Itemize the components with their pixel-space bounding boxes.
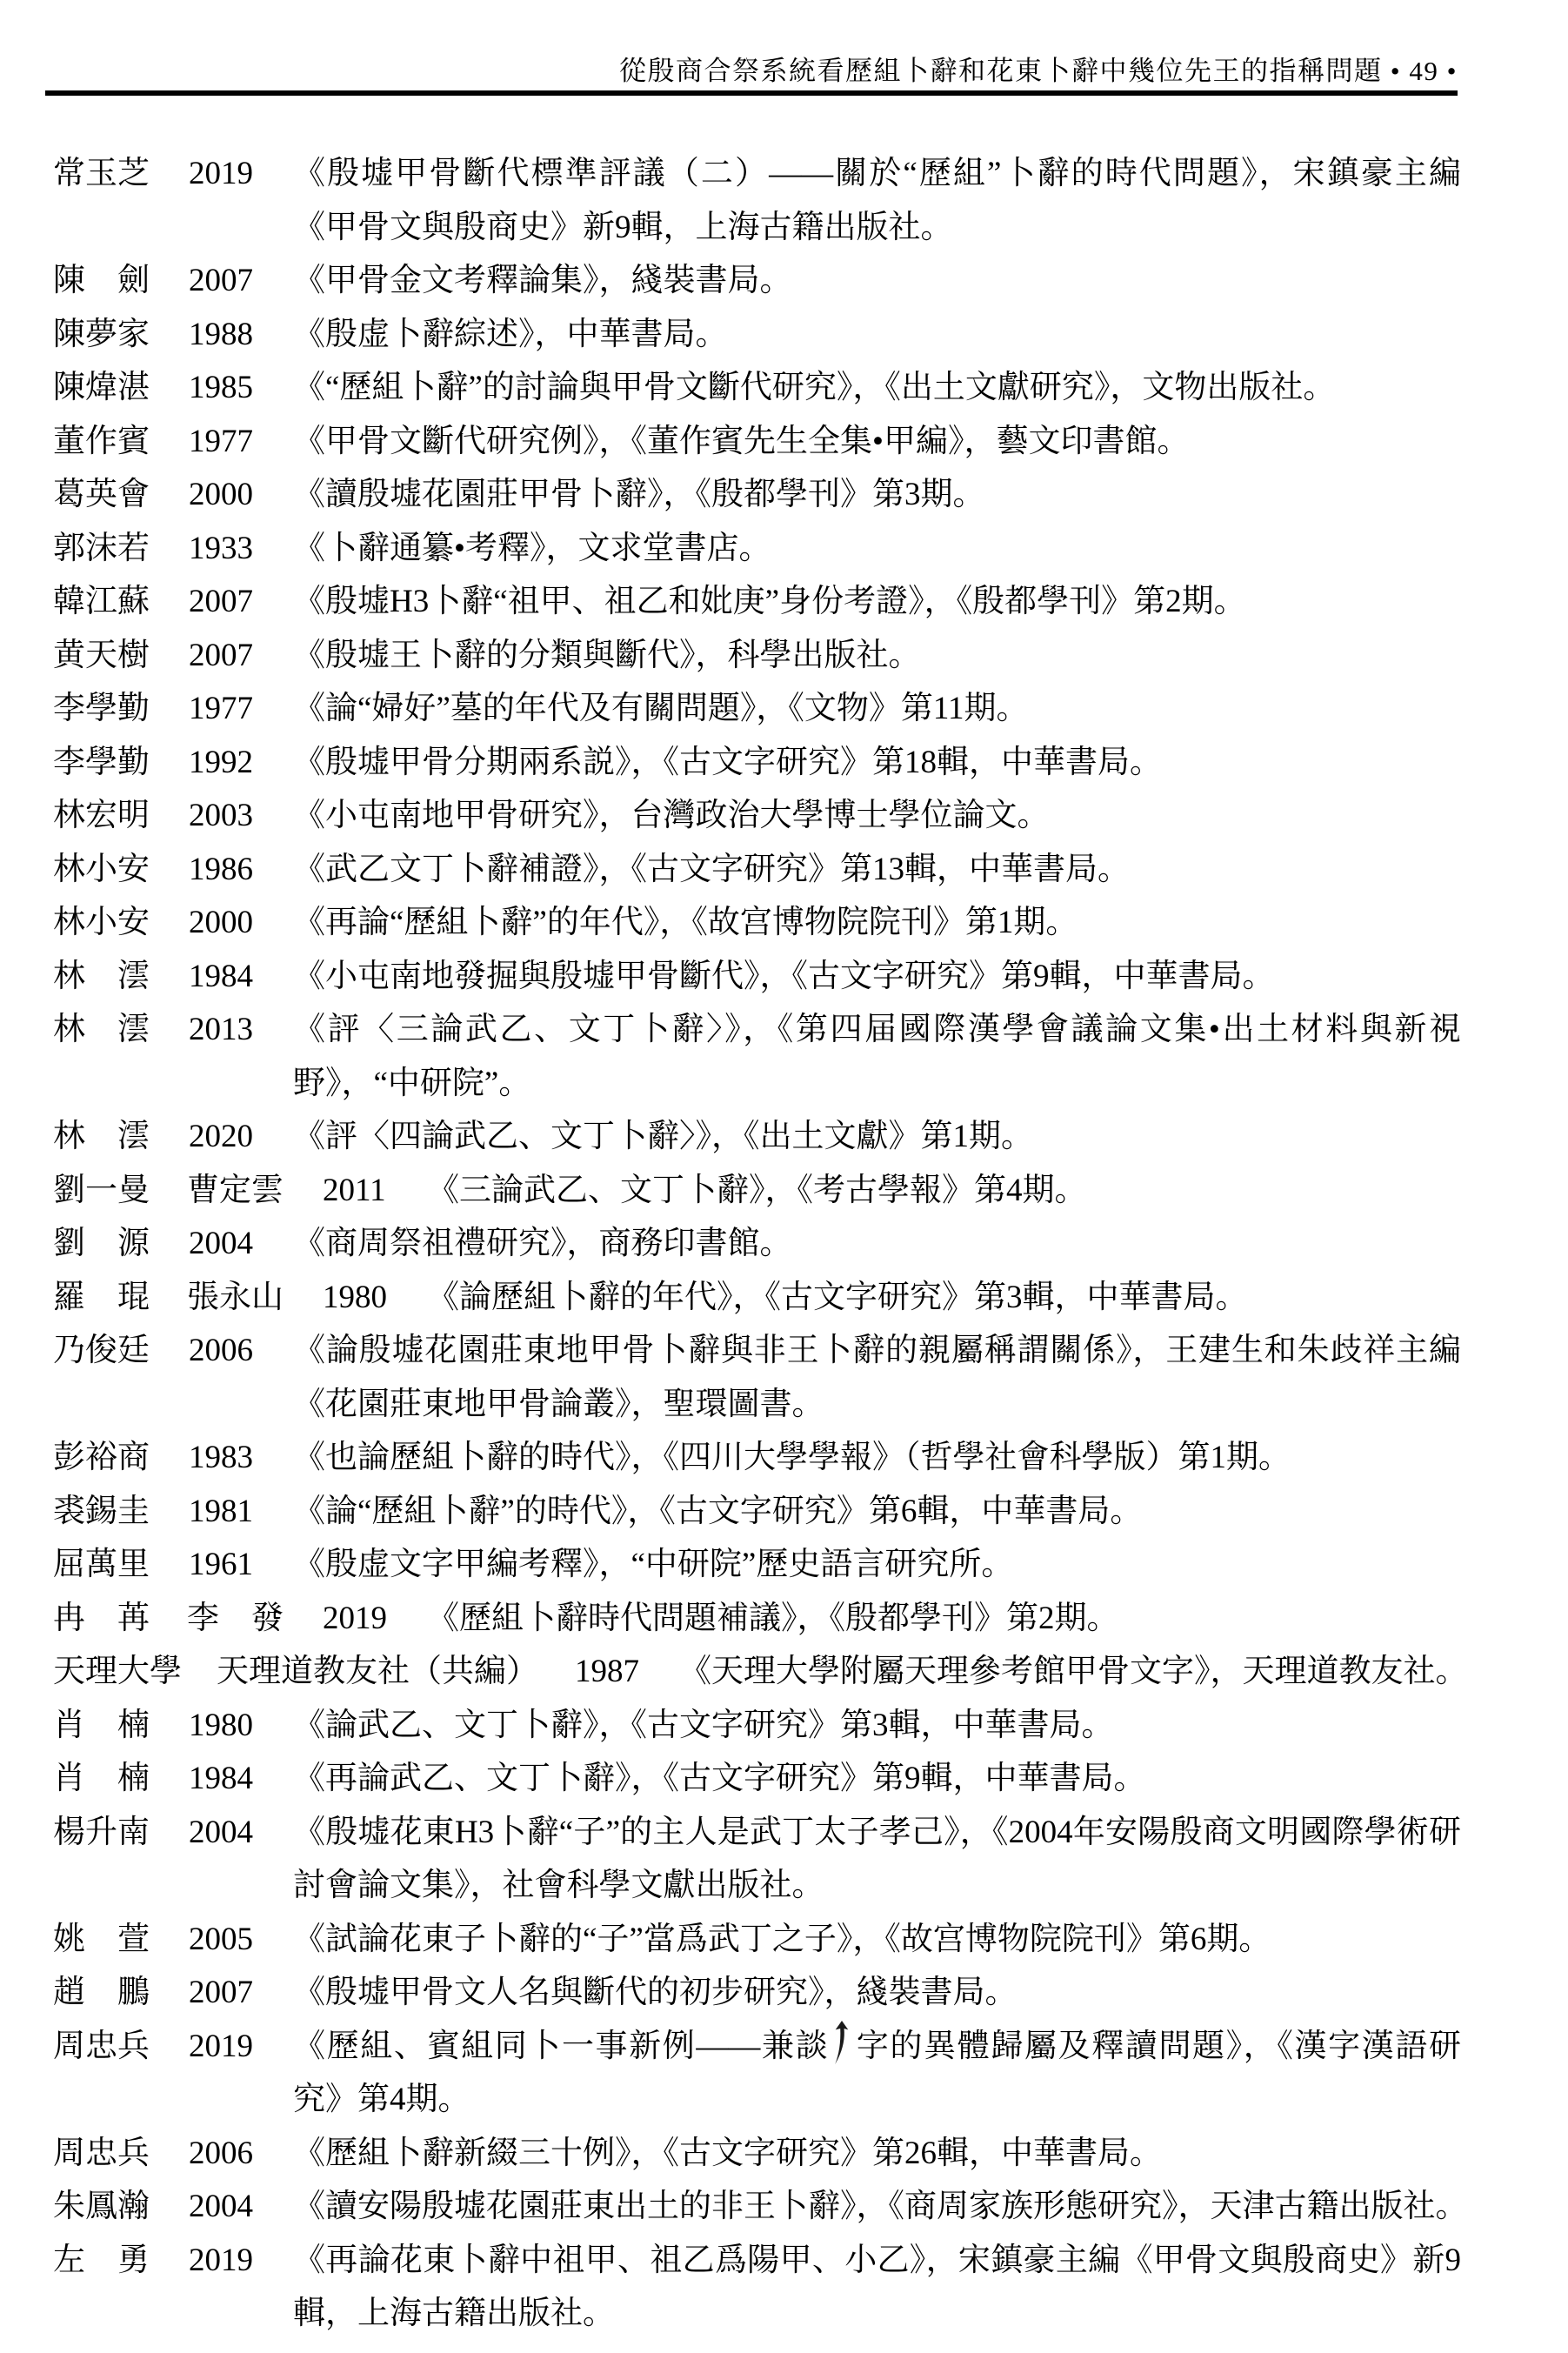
publication-year: 2019 bbox=[189, 2234, 255, 2288]
author-names: 朱鳳瀚 bbox=[53, 2180, 152, 2234]
reference-text: 《甲骨文斷代研究例》，《董作賓先生全集•甲編》，藝文印書館。 bbox=[293, 415, 1461, 469]
reference-entry: 劉 源2004《商周祭祖禮研究》，商務印書館。 bbox=[53, 1217, 1461, 1271]
reference-text: 《論歷組卜辭的年代》，《古文字研究》第3輯，中華書局。 bbox=[427, 1271, 1461, 1325]
author-names: 周忠兵 bbox=[53, 2127, 152, 2181]
reference-entry: 左 勇2019《再論花東卜辭中祖甲、祖乙爲陽甲、小乙》，宋鎮豪主編《甲骨文與殷商… bbox=[53, 2234, 1461, 2341]
publication-year: 1977 bbox=[189, 415, 255, 469]
reference-text: 《試論花東子卜辭的“子”當爲武丁之子》，《故宫博物院院刊》第6期。 bbox=[293, 1913, 1461, 1967]
reference-text: 《殷虚文字甲編考釋》，“中研院”歷史語言研究所。 bbox=[293, 1538, 1461, 1592]
reference-entry: 朱鳳瀚2004《讀安陽殷墟花園莊東出土的非王卜辭》，《商周家族形態研究》，天津古… bbox=[53, 2180, 1461, 2234]
author-name: 楊升南 bbox=[53, 1806, 152, 1860]
author-name: 肖 楠 bbox=[53, 1752, 152, 1806]
author-names: 常玉芝 bbox=[53, 147, 152, 201]
reference-text: 《論殷墟花園莊東地甲骨卜辭與非王卜辭的親屬稱謂關係》，王建生和朱歧祥主編《花園莊… bbox=[293, 1324, 1461, 1431]
reference-entry: 陳 劍2007《甲骨金文考釋論集》，綫裝書局。 bbox=[53, 254, 1461, 308]
publication-year: 2006 bbox=[189, 1324, 255, 1378]
reference-entry: 楊升南2004《殷墟花東H3卜辭“子”的主人是武丁太子孝己》，《2004年安陽殷… bbox=[53, 1806, 1461, 1913]
author-name: 劉 源 bbox=[53, 1217, 152, 1271]
publication-year: 2004 bbox=[189, 1217, 255, 1271]
author-names: 林宏明 bbox=[53, 789, 152, 843]
publication-year: 2013 bbox=[189, 1003, 255, 1057]
author-name: 裘錫圭 bbox=[53, 1485, 152, 1539]
bibliography-page: 從殷商合祭系統看歷組卜辭和花東卜辭中幾位先王的指稱問題 • 49 • 常玉芝20… bbox=[0, 0, 1568, 2353]
publication-year: 1985 bbox=[189, 361, 255, 415]
author-names: 屈萬里 bbox=[53, 1538, 152, 1592]
reference-text-before-glyph: 《歷組、賓組同卜一事新例——兼談 bbox=[293, 2029, 829, 2064]
author-names: 肖 楠 bbox=[53, 1752, 152, 1806]
author-name: 肖 楠 bbox=[53, 1699, 152, 1753]
publication-year: 1980 bbox=[323, 1271, 389, 1325]
author-name: 葛英會 bbox=[53, 468, 152, 522]
publication-year: 1983 bbox=[189, 1431, 255, 1485]
reference-entry: 劉一曼曹定雲2011《三論武乙、文丁卜辭》，《考古學報》第4期。 bbox=[53, 1164, 1461, 1218]
reference-text: 《殷墟王卜辭的分類與斷代》，科學出版社。 bbox=[293, 629, 1461, 683]
publication-year: 1981 bbox=[189, 1485, 255, 1539]
author-names: 肖 楠 bbox=[53, 1699, 152, 1753]
author-name: 陳夢家 bbox=[53, 308, 152, 362]
reference-entry: 周忠兵2006《歷組卜辭新綴三十例》，《古文字研究》第26輯，中華書局。 bbox=[53, 2127, 1461, 2181]
author-names: 冉 苒李 發 bbox=[53, 1592, 286, 1646]
author-name: 李學勤 bbox=[53, 736, 152, 790]
author-name: 韓江蘇 bbox=[53, 575, 152, 629]
reference-text: 《小屯南地發掘與殷墟甲骨斷代》，《古文字研究》第9輯，中華書局。 bbox=[293, 950, 1461, 1004]
reference-text: 《甲骨金文考釋論集》，綫裝書局。 bbox=[293, 254, 1461, 308]
reference-text: 《再論花東卜辭中祖甲、祖乙爲陽甲、小乙》，宋鎮豪主編《甲骨文與殷商史》新9輯，上… bbox=[293, 2234, 1461, 2341]
reference-entry: 林小安2000《再論“歷組卜辭”的年代》，《故宫博物院院刊》第1期。 bbox=[53, 896, 1461, 950]
reference-text: 《殷墟甲骨斷代標準評議（二）——關於“歷組”卜辭的時代問題》，宋鎮豪主編《甲骨文… bbox=[293, 147, 1461, 254]
reference-entry: 肖 楠1980《論武乙、文丁卜辭》，《古文字研究》第3輯，中華書局。 bbox=[53, 1699, 1461, 1753]
author-names: 劉一曼曹定雲 bbox=[53, 1164, 286, 1218]
author-names: 姚 萱 bbox=[53, 1913, 152, 1967]
author-names: 左 勇 bbox=[53, 2234, 152, 2288]
author-names: 乃俊廷 bbox=[53, 1324, 152, 1378]
publication-year: 2020 bbox=[189, 1110, 255, 1164]
reference-text: 《也論歷組卜辭的時代》，《四川大學學報》（哲學社會科學版）第1期。 bbox=[293, 1431, 1461, 1485]
reference-list: 常玉芝2019《殷墟甲骨斷代標準評議（二）——關於“歷組”卜辭的時代問題》，宋鎮… bbox=[53, 147, 1461, 2341]
author-names: 林小安 bbox=[53, 896, 152, 950]
author-names: 周忠兵 bbox=[53, 2020, 152, 2074]
author-name: 陳煒湛 bbox=[53, 361, 152, 415]
reference-entry: 李學勤1992《殷墟甲骨分期兩系説》，《古文字研究》第18輯，中華書局。 bbox=[53, 736, 1461, 790]
reference-entry: 郭沫若1933《卜辭通纂•考釋》，文求堂書店。 bbox=[53, 522, 1461, 576]
author-name: 林 澐 bbox=[53, 1003, 152, 1057]
reference-entry: 羅 琨張永山1980《論歷組卜辭的年代》，《古文字研究》第3輯，中華書局。 bbox=[53, 1271, 1461, 1325]
publication-year: 2007 bbox=[189, 1966, 255, 2020]
reference-entry: 陳夢家1988《殷虚卜辭綜述》，中華書局。 bbox=[53, 308, 1461, 362]
author-names: 陳 劍 bbox=[53, 254, 152, 308]
author-name: 林小安 bbox=[53, 843, 152, 897]
publication-year: 2000 bbox=[189, 896, 255, 950]
reference-text: 《卜辭通纂•考釋》，文求堂書店。 bbox=[293, 522, 1461, 576]
reference-text: 《歷組、賓組同卜一事新例——兼談字的異體歸屬及釋讀問題》，《漢字漢語研究》第4期… bbox=[293, 2020, 1461, 2127]
author-name: 林 澐 bbox=[53, 950, 152, 1004]
publication-year: 1984 bbox=[189, 950, 255, 1004]
author-names: 羅 琨張永山 bbox=[53, 1271, 286, 1325]
author-names: 林 澐 bbox=[53, 1003, 152, 1057]
publication-year: 1980 bbox=[189, 1699, 255, 1753]
reference-text: 《歷組卜辭新綴三十例》，《古文字研究》第26輯，中華書局。 bbox=[293, 2127, 1461, 2181]
publication-year: 1992 bbox=[189, 736, 255, 790]
author-names: 董作賓 bbox=[53, 415, 152, 469]
author-name: 陳 劍 bbox=[53, 254, 152, 308]
author-name: 周忠兵 bbox=[53, 2020, 152, 2074]
reference-text: 《評〈三論武乙、文丁卜辭〉》，《第四届國際漢學會議論文集•出土材料與新視野》，“… bbox=[293, 1003, 1461, 1110]
reference-entry: 董作賓1977《甲骨文斷代研究例》，《董作賓先生全集•甲編》，藝文印書館。 bbox=[53, 415, 1461, 469]
author-names: 楊升南 bbox=[53, 1806, 152, 1860]
publication-year: 2004 bbox=[189, 1806, 255, 1860]
reference-text: 《三論武乙、文丁卜辭》，《考古學報》第4期。 bbox=[427, 1164, 1461, 1218]
publication-year: 2000 bbox=[189, 468, 255, 522]
publication-year: 1933 bbox=[189, 522, 255, 576]
reference-entry: 天理大學天理道教友社（共編）1987《天理大學附屬天理參考館甲骨文字》，天理道教… bbox=[53, 1645, 1461, 1699]
reference-text: 《“歷組卜辭”的討論與甲骨文斷代研究》，《出土文獻研究》，文物出版社。 bbox=[293, 361, 1461, 415]
reference-entry: 李學勤1977《論“婦好”墓的年代及有關問題》，《文物》第11期。 bbox=[53, 682, 1461, 736]
author-name: 李 發 bbox=[187, 1592, 286, 1646]
reference-entry: 冉 苒李 發2019《歷組卜辭時代問題補議》，《殷都學刊》第2期。 bbox=[53, 1592, 1461, 1646]
publication-year: 2007 bbox=[189, 254, 255, 308]
reference-text: 《殷虚卜辭綜述》，中華書局。 bbox=[293, 308, 1461, 362]
reference-entry: 韓江蘇2007《殷墟H3卜辭“祖甲、祖乙和妣庚”身份考證》，《殷都學刊》第2期。 bbox=[53, 575, 1461, 629]
reference-text: 《武乙文丁卜辭補證》，《古文字研究》第13輯，中華書局。 bbox=[293, 843, 1461, 897]
reference-text: 《讀殷墟花園莊甲骨卜辭》，《殷都學刊》第3期。 bbox=[293, 468, 1461, 522]
author-name: 林宏明 bbox=[53, 789, 152, 843]
author-name: 姚 萱 bbox=[53, 1913, 152, 1967]
publication-year: 1961 bbox=[189, 1538, 255, 1592]
author-name: 乃俊廷 bbox=[53, 1324, 152, 1378]
reference-text: 《讀安陽殷墟花園莊東出土的非王卜辭》，《商周家族形態研究》，天津古籍出版社。 bbox=[293, 2180, 1468, 2234]
reference-entry: 黄天樹2007《殷墟王卜辭的分類與斷代》，科學出版社。 bbox=[53, 629, 1461, 683]
author-name: 李學勤 bbox=[53, 682, 152, 736]
reference-entry: 林宏明2003《小屯南地甲骨研究》，台灣政治大學博士學位論文。 bbox=[53, 789, 1461, 843]
reference-entry: 彭裕商1983《也論歷組卜辭的時代》，《四川大學學報》（哲學社會科學版）第1期。 bbox=[53, 1431, 1461, 1485]
author-names: 林 澐 bbox=[53, 950, 152, 1004]
reference-text: 《殷墟甲骨文人名與斷代的初步研究》，綫裝書局。 bbox=[293, 1966, 1461, 2020]
reference-text: 《小屯南地甲骨研究》，台灣政治大學博士學位論文。 bbox=[293, 789, 1461, 843]
publication-year: 1986 bbox=[189, 843, 255, 897]
reference-entry: 肖 楠1984《再論武乙、文丁卜辭》，《古文字研究》第9輯，中華書局。 bbox=[53, 1752, 1461, 1806]
author-names: 林小安 bbox=[53, 843, 152, 897]
author-name: 趙 鵬 bbox=[53, 1966, 152, 2020]
reference-text: 《殷墟H3卜辭“祖甲、祖乙和妣庚”身份考證》，《殷都學刊》第2期。 bbox=[293, 575, 1461, 629]
author-name: 曹定雲 bbox=[187, 1164, 286, 1218]
reference-entry: 林 澐1984《小屯南地發掘與殷墟甲骨斷代》，《古文字研究》第9輯，中華書局。 bbox=[53, 950, 1461, 1004]
author-names: 裘錫圭 bbox=[53, 1485, 152, 1539]
author-name: 周忠兵 bbox=[53, 2127, 152, 2181]
author-names: 陳夢家 bbox=[53, 308, 152, 362]
author-name: 常玉芝 bbox=[53, 147, 152, 201]
author-names: 趙 鵬 bbox=[53, 1966, 152, 2020]
author-name: 林 澐 bbox=[53, 1110, 152, 1164]
author-name: 天理道教友社（共編） bbox=[217, 1645, 538, 1699]
author-name: 左 勇 bbox=[53, 2234, 152, 2288]
publication-year: 2019 bbox=[189, 2020, 255, 2074]
publication-year: 1988 bbox=[189, 308, 255, 362]
header-rule bbox=[45, 90, 1458, 96]
reference-entry: 林小安1986《武乙文丁卜辭補證》，《古文字研究》第13輯，中華書局。 bbox=[53, 843, 1461, 897]
author-name: 郭沫若 bbox=[53, 522, 152, 576]
author-names: 天理大學天理道教友社（共編） bbox=[53, 1645, 538, 1699]
reference-text: 《再論武乙、文丁卜辭》，《古文字研究》第9輯，中華書局。 bbox=[293, 1752, 1461, 1806]
author-names: 黄天樹 bbox=[53, 629, 152, 683]
publication-year: 2007 bbox=[189, 575, 255, 629]
author-name: 天理大學 bbox=[53, 1645, 182, 1699]
publication-year: 2004 bbox=[189, 2180, 255, 2234]
reference-entry: 姚 萱2005《試論花東子卜辭的“子”當爲武丁之子》，《故宫博物院院刊》第6期。 bbox=[53, 1913, 1461, 1967]
publication-year: 2006 bbox=[189, 2127, 255, 2181]
publication-year: 1984 bbox=[189, 1752, 255, 1806]
publication-year: 2005 bbox=[189, 1913, 255, 1967]
author-names: 彭裕商 bbox=[53, 1431, 152, 1485]
author-name: 朱鳳瀚 bbox=[53, 2180, 152, 2234]
author-name: 彭裕商 bbox=[53, 1431, 152, 1485]
reference-entry: 林 澐2020《評〈四論武乙、文丁卜辭〉》，《出土文獻》第1期。 bbox=[53, 1110, 1461, 1164]
reference-entry: 裘錫圭1981《論“歷組卜辭”的時代》，《古文字研究》第6輯，中華書局。 bbox=[53, 1485, 1461, 1539]
reference-text: 《評〈四論武乙、文丁卜辭〉》，《出土文獻》第1期。 bbox=[293, 1110, 1461, 1164]
publication-year: 2011 bbox=[323, 1164, 389, 1218]
reference-text: 《天理大學附屬天理參考館甲骨文字》，天理道教友社。 bbox=[679, 1645, 1468, 1699]
author-names: 韓江蘇 bbox=[53, 575, 152, 629]
publication-year: 2003 bbox=[189, 789, 255, 843]
reference-text: 《殷墟花東H3卜辭“子”的主人是武丁太子孝己》，《2004年安陽殷商文明國際學術… bbox=[293, 1806, 1461, 1913]
author-names: 劉 源 bbox=[53, 1217, 152, 1271]
publication-year: 1987 bbox=[575, 1645, 641, 1699]
author-names: 陳煒湛 bbox=[53, 361, 152, 415]
author-name: 屈萬里 bbox=[53, 1538, 152, 1592]
reference-text: 《論武乙、文丁卜辭》，《古文字研究》第3輯，中華書局。 bbox=[293, 1699, 1461, 1753]
reference-entry: 周忠兵2019《歷組、賓組同卜一事新例——兼談字的異體歸屬及釋讀問題》，《漢字漢… bbox=[53, 2020, 1461, 2127]
publication-year: 2019 bbox=[323, 1592, 389, 1646]
reference-text: 《論“婦好”墓的年代及有關問題》，《文物》第11期。 bbox=[293, 682, 1461, 736]
publication-year: 2019 bbox=[189, 147, 255, 201]
reference-entry: 葛英會2000《讀殷墟花園莊甲骨卜辭》，《殷都學刊》第3期。 bbox=[53, 468, 1461, 522]
publication-year: 1977 bbox=[189, 682, 255, 736]
reference-text: 《再論“歷組卜辭”的年代》，《故宫博物院院刊》第1期。 bbox=[293, 896, 1461, 950]
reference-entry: 屈萬里1961《殷虚文字甲編考釋》，“中研院”歷史語言研究所。 bbox=[53, 1538, 1461, 1592]
oracle-bone-character-glyph bbox=[831, 2021, 853, 2064]
author-name: 劉一曼 bbox=[53, 1164, 152, 1218]
author-names: 郭沫若 bbox=[53, 522, 152, 576]
publication-year: 2007 bbox=[189, 629, 255, 683]
author-name: 黄天樹 bbox=[53, 629, 152, 683]
author-names: 李學勤 bbox=[53, 682, 152, 736]
reference-entry: 陳煒湛1985《“歷組卜辭”的討論與甲骨文斷代研究》，《出土文獻研究》，文物出版… bbox=[53, 361, 1461, 415]
reference-entry: 常玉芝2019《殷墟甲骨斷代標準評議（二）——關於“歷組”卜辭的時代問題》，宋鎮… bbox=[53, 147, 1461, 254]
reference-text: 《商周祭祖禮研究》，商務印書館。 bbox=[293, 1217, 1461, 1271]
author-name: 董作賓 bbox=[53, 415, 152, 469]
reference-text: 《歷組卜辭時代問題補議》，《殷都學刊》第2期。 bbox=[427, 1592, 1461, 1646]
running-title: 從殷商合祭系統看歷組卜辭和花東卜辭中幾位先王的指稱問題 • 49 • bbox=[619, 49, 1458, 88]
author-name: 冉 苒 bbox=[53, 1592, 152, 1646]
author-names: 葛英會 bbox=[53, 468, 152, 522]
reference-text: 《殷墟甲骨分期兩系説》，《古文字研究》第18輯，中華書局。 bbox=[293, 736, 1461, 790]
reference-entry: 趙 鵬2007《殷墟甲骨文人名與斷代的初步研究》，綫裝書局。 bbox=[53, 1966, 1461, 2020]
author-names: 李學勤 bbox=[53, 736, 152, 790]
reference-entry: 乃俊廷2006《論殷墟花園莊東地甲骨卜辭與非王卜辭的親屬稱謂關係》，王建生和朱歧… bbox=[53, 1324, 1461, 1431]
author-name: 羅 琨 bbox=[53, 1271, 152, 1325]
author-name: 林小安 bbox=[53, 896, 152, 950]
author-names: 林 澐 bbox=[53, 1110, 152, 1164]
author-name: 張永山 bbox=[187, 1271, 286, 1325]
reference-entry: 林 澐2013《評〈三論武乙、文丁卜辭〉》，《第四届國際漢學會議論文集•出土材料… bbox=[53, 1003, 1461, 1110]
reference-text: 《論“歷組卜辭”的時代》，《古文字研究》第6輯，中華書局。 bbox=[293, 1485, 1461, 1539]
